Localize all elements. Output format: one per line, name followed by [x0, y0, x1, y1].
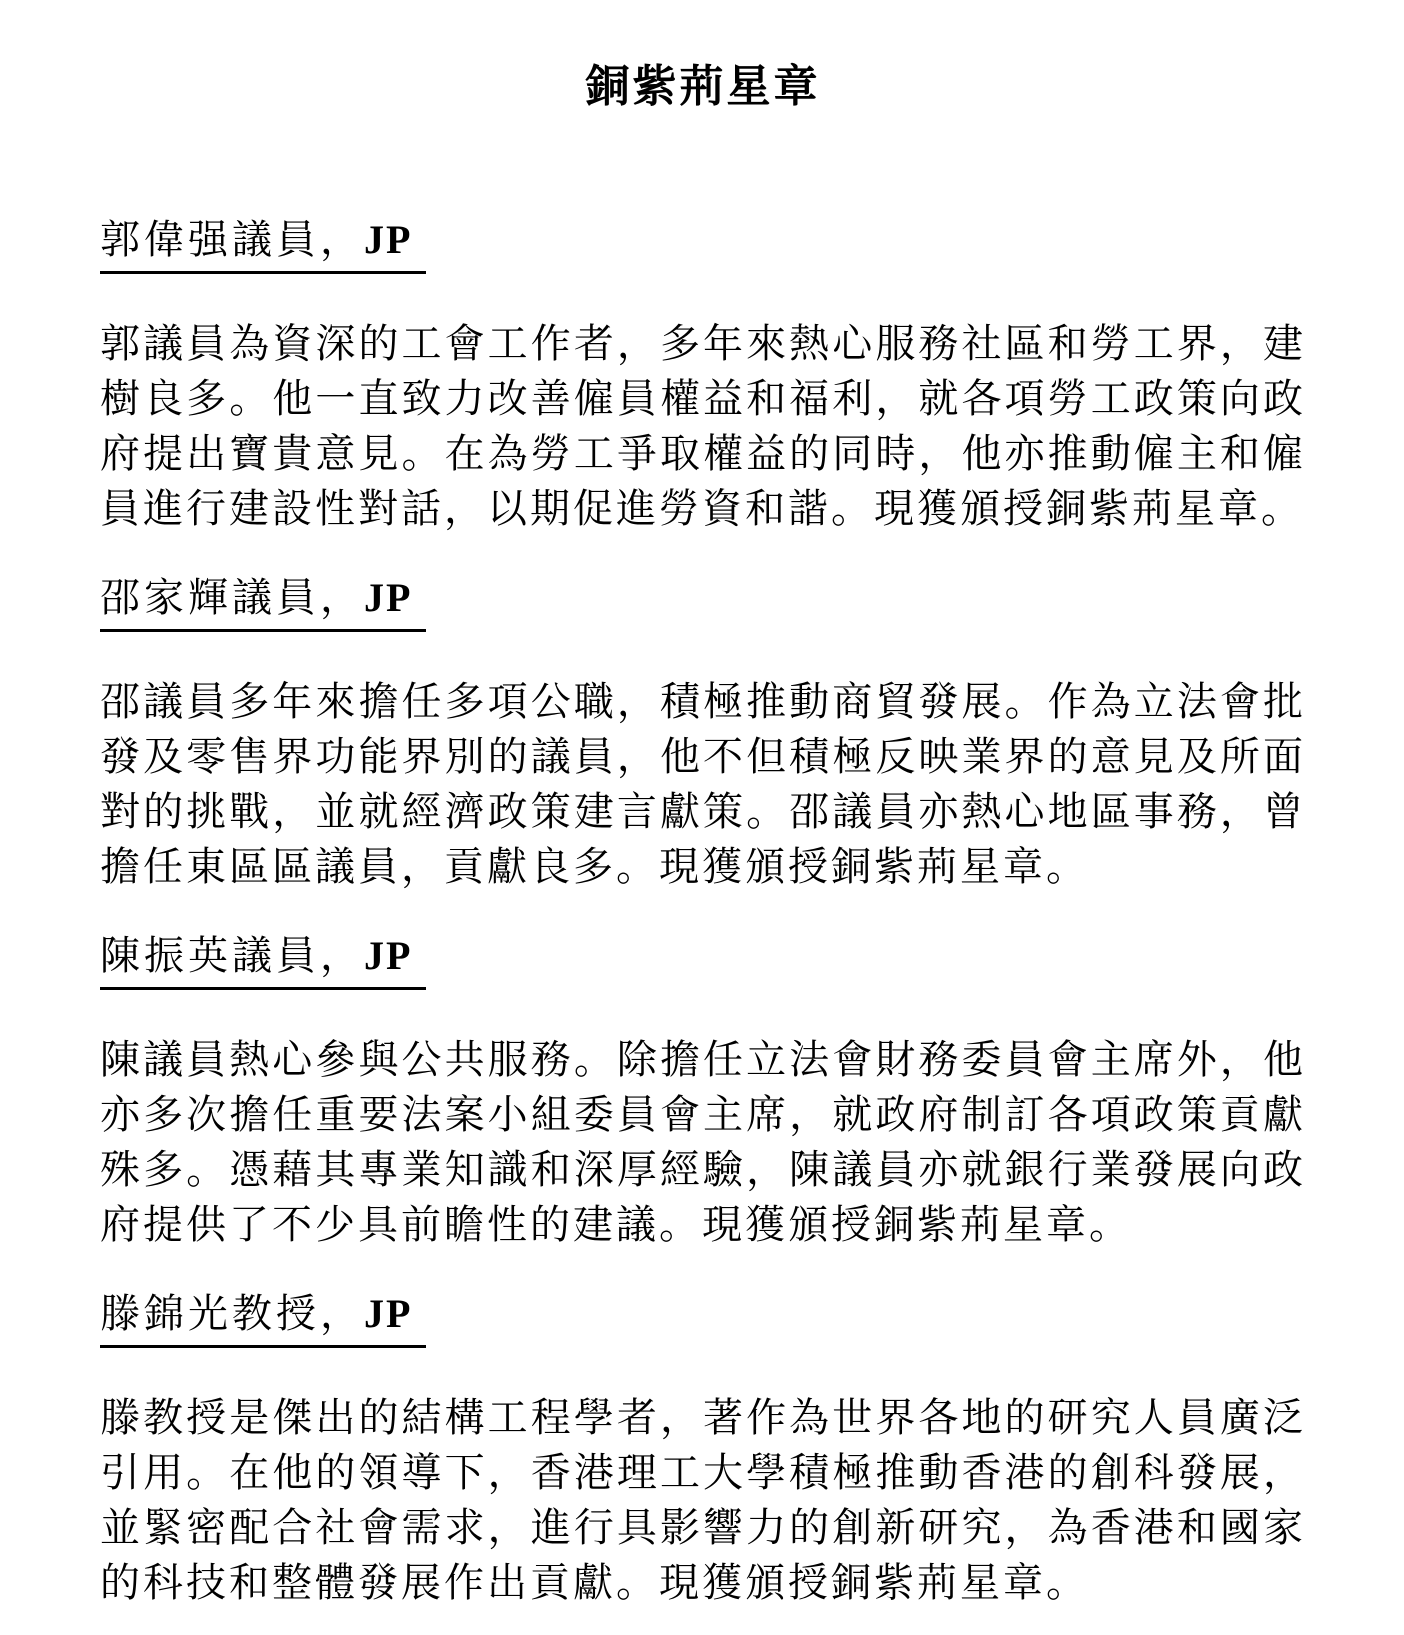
document-page: 銅紫荊星章 郭偉强議員，JP 郭議員為資深的工會工作者，多年來熱心服務社區和勞工…	[0, 0, 1404, 1635]
recipient-name-underlined: 陳振英議員，JP	[100, 928, 426, 990]
recipient-name: 邵家輝議員，	[100, 575, 364, 620]
jp-title: JP	[364, 575, 412, 620]
citation-paragraph: 邵議員多年來擔任多項公職，積極推動商貿發展。作為立法會批發及零售界功能界別的議員…	[100, 674, 1306, 894]
citation-paragraph: 陳議員熱心參與公共服務。除擔任立法會財務委員會主席外，他亦多次擔任重要法案小組委…	[100, 1032, 1306, 1252]
recipient-heading: 滕錦光教授，JP	[100, 1286, 1306, 1348]
award-section: 陳振英議員，JP 陳議員熱心參與公共服務。除擔任立法會財務委員會主席外，他亦多次…	[100, 928, 1306, 1252]
jp-title: JP	[364, 933, 412, 978]
award-section: 郭偉强議員，JP 郭議員為資深的工會工作者，多年來熱心服務社區和勞工界，建樹良多…	[100, 212, 1306, 536]
award-section: 邵家輝議員，JP 邵議員多年來擔任多項公職，積極推動商貿發展。作為立法會批發及零…	[100, 570, 1306, 894]
recipient-heading: 陳振英議員，JP	[100, 928, 1306, 990]
recipient-name: 滕錦光教授，	[100, 1291, 364, 1336]
recipient-name: 郭偉强議員，	[100, 217, 364, 262]
recipient-heading: 郭偉强議員，JP	[100, 212, 1306, 274]
recipient-heading: 邵家輝議員，JP	[100, 570, 1306, 632]
jp-title: JP	[364, 217, 412, 262]
recipient-name-underlined: 邵家輝議員，JP	[100, 570, 426, 632]
jp-title: JP	[364, 1291, 412, 1336]
recipient-name-underlined: 郭偉强議員，JP	[100, 212, 426, 274]
award-section: 滕錦光教授，JP 滕教授是傑出的結構工程學者，著作為世界各地的研究人員廣泛引用。…	[100, 1286, 1306, 1610]
recipient-name-underlined: 滕錦光教授，JP	[100, 1286, 426, 1348]
citation-paragraph: 郭議員為資深的工會工作者，多年來熱心服務社區和勞工界，建樹良多。他一直致力改善僱…	[100, 316, 1306, 536]
citation-paragraph: 滕教授是傑出的結構工程學者，著作為世界各地的研究人員廣泛引用。在他的領導下，香港…	[100, 1390, 1306, 1610]
document-title: 銅紫荊星章	[100, 58, 1306, 116]
recipient-name: 陳振英議員，	[100, 933, 364, 978]
